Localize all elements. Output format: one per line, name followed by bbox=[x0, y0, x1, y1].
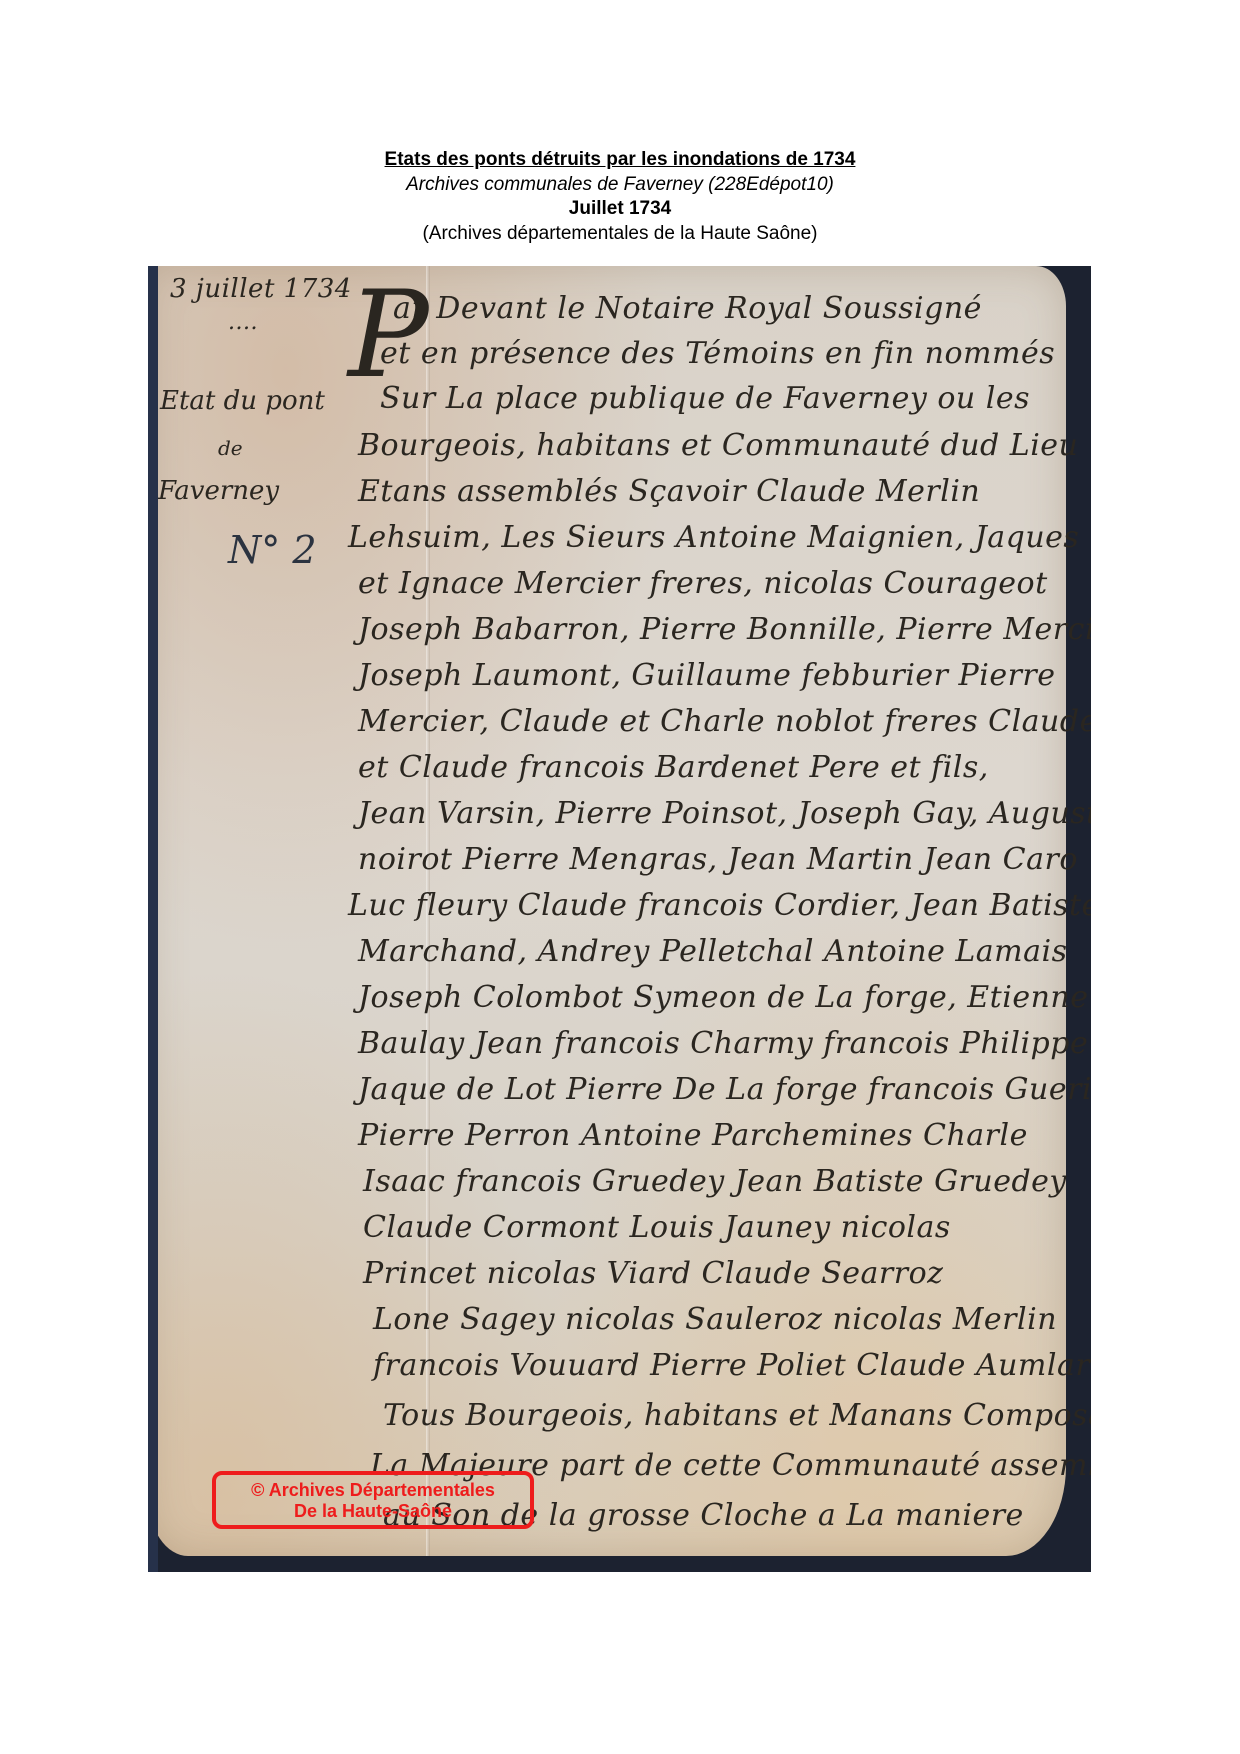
manuscript-line: et Ignace Mercier freres, nicolas Courag… bbox=[358, 566, 1048, 601]
manuscript-line: et Claude francois Bardenet Pere et fils… bbox=[358, 750, 989, 785]
document-header: Etats des ponts détruits par les inondat… bbox=[0, 148, 1240, 246]
manuscript-line: Claude Cormont Louis Jauney nicolas bbox=[363, 1210, 951, 1245]
date-note: 3 juillet 1734 bbox=[170, 274, 352, 304]
watermark-line-1: © Archives Départementales bbox=[216, 1480, 530, 1501]
manuscript-line: ar Devant le Notaire Royal Soussigné bbox=[393, 291, 982, 326]
manuscript-line: Lone Sagey nicolas Sauleroz nicolas Merl… bbox=[373, 1302, 1057, 1337]
manuscript-line: Jean Varsin, Pierre Poinsot, Joseph Gay,… bbox=[358, 796, 1091, 831]
manuscript-line: Luc fleury Claude francois Cordier, Jean… bbox=[348, 888, 1091, 923]
margin-note-line-1: Etat du pont bbox=[160, 386, 325, 416]
copyright-watermark: © Archives Départementales De la Haute-S… bbox=[212, 1471, 534, 1529]
manuscript-line: Joseph Babarron, Pierre Bonnille, Pierre… bbox=[358, 612, 1091, 647]
document-subtitle: Archives communales de Faverney (228Edép… bbox=[0, 173, 1240, 198]
margin-note-line-3: Faverney bbox=[158, 476, 279, 506]
manuscript-line: Marchand, Andrey Pelletchal Antoine Lama… bbox=[358, 934, 1068, 969]
manuscript-line: Pierre Perron Antoine Parchemines Charle bbox=[358, 1118, 1028, 1153]
manuscript-line: francois Vouuard Pierre Poliet Claude Au… bbox=[373, 1348, 1090, 1383]
manuscript-line: Etans assemblés Sçavoir Claude Merlin bbox=[358, 474, 980, 509]
manuscript-line: Mercier, Claude et Charle noblot freres … bbox=[358, 704, 1091, 739]
manuscript-line: Joseph Laumont, Guillaume febburier Pier… bbox=[358, 658, 1056, 693]
manuscript-photo: 3 juillet 1734 .... Etat du pont de Fave… bbox=[148, 266, 1091, 1572]
manuscript-line: Bourgeois, habitans et Communauté dud Li… bbox=[358, 428, 1078, 463]
document-title: Etats des ponts détruits par les inondat… bbox=[0, 148, 1240, 173]
manuscript-line: Baulay Jean francois Charmy francois Phi… bbox=[358, 1026, 1088, 1061]
manuscript-line: noirot Pierre Mengras, Jean Martin Jean … bbox=[358, 842, 1078, 877]
photo-left-edge bbox=[148, 266, 158, 1572]
manuscript-line: Joseph Colombot Symeon de La forge, Etie… bbox=[358, 980, 1088, 1015]
date-note-dots: .... bbox=[228, 310, 258, 335]
manuscript-line: Isaac francois Gruedey Jean Batiste Grue… bbox=[363, 1164, 1067, 1199]
document-date: Juillet 1734 bbox=[0, 197, 1240, 222]
document-source: (Archives départementales de la Haute Sa… bbox=[0, 222, 1240, 247]
margin-note-line-2: de bbox=[218, 436, 243, 460]
manuscript-line: Princet nicolas Viard Claude Searroz bbox=[363, 1256, 943, 1291]
manuscript-paper: 3 juillet 1734 .... Etat du pont de Fave… bbox=[148, 266, 1066, 1556]
manuscript-line: et en présence des Témoins en fin nommés bbox=[380, 336, 1055, 371]
margin-ref: N° 2 bbox=[228, 528, 317, 572]
manuscript-line: Lehsuim, Les Sieurs Antoine Maignien, Ja… bbox=[348, 520, 1079, 555]
watermark-line-2: De la Haute-Saône bbox=[216, 1501, 530, 1522]
manuscript-line: Jaque de Lot Pierre De La forge francois… bbox=[358, 1072, 1091, 1107]
manuscript-line: Tous Bourgeois, habitans et Manans Compo… bbox=[383, 1398, 1091, 1433]
manuscript-line: Sur La place publique de Faverney ou les bbox=[380, 381, 1030, 416]
